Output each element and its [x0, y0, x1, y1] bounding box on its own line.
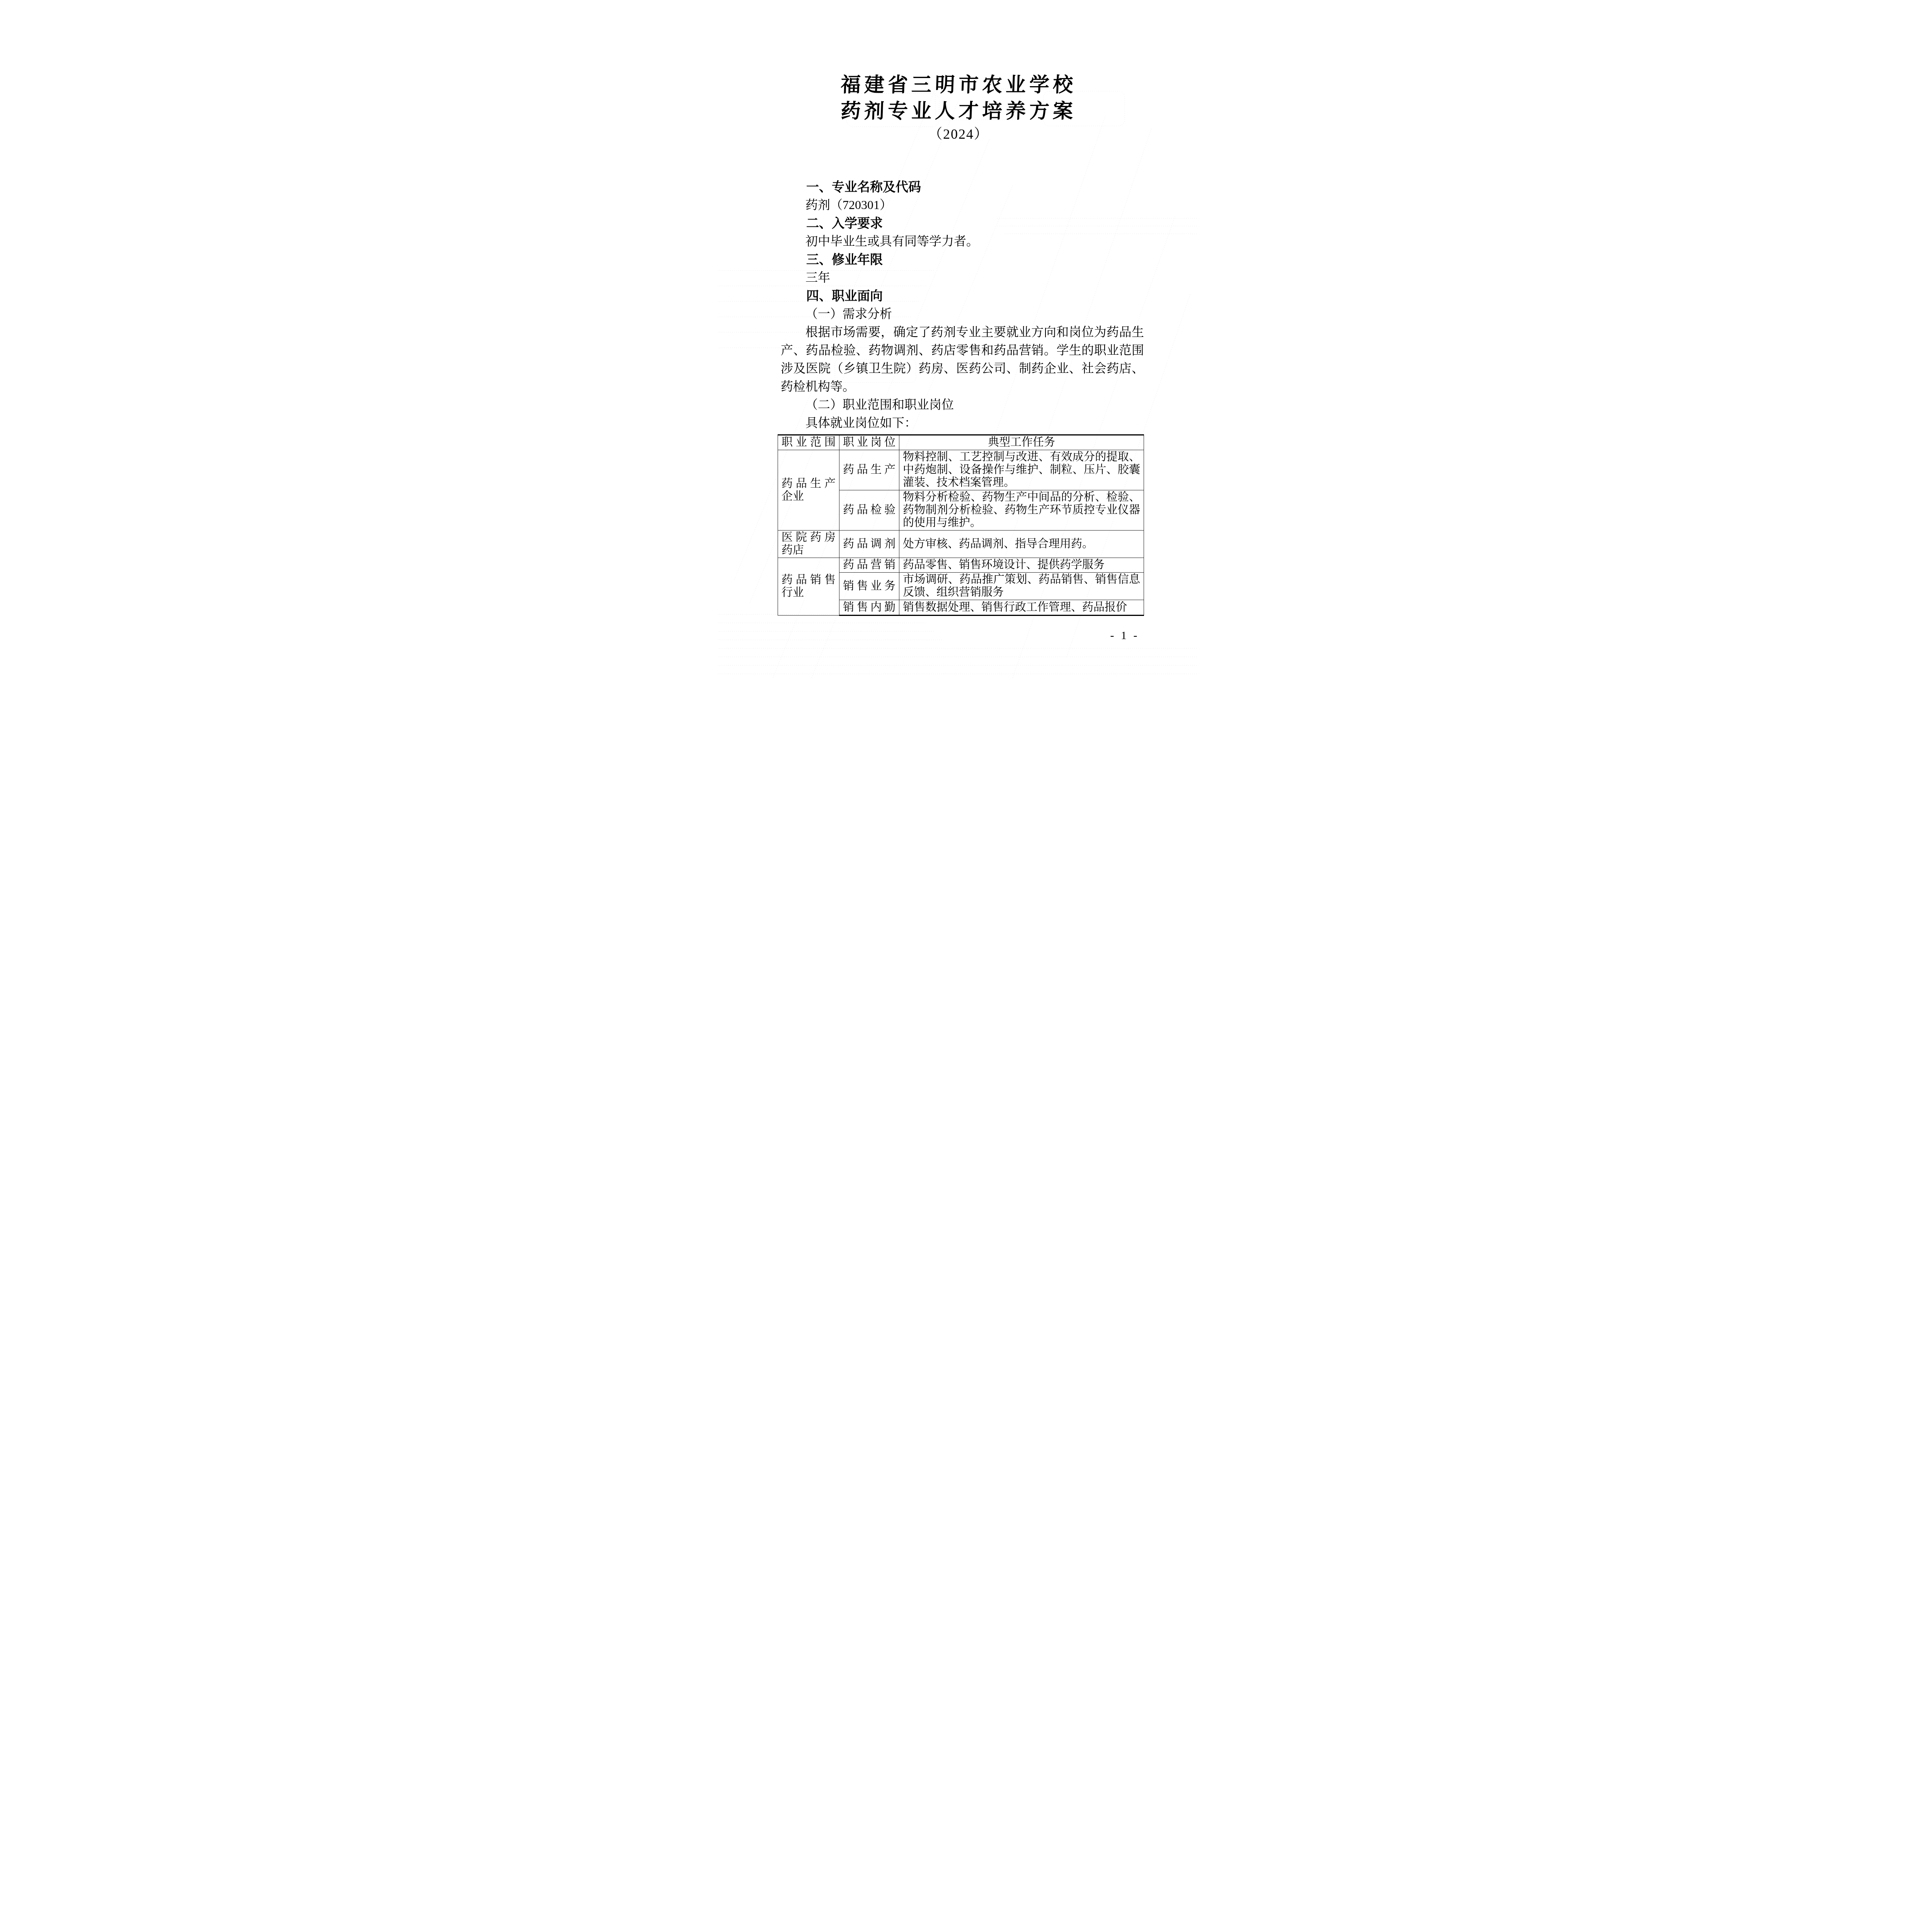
cell-tasks-drug-production: 物料控制、工艺控制与改进、有效成分的提取、中药炮制、设备操作与维护、制粒、压片、…: [899, 450, 1144, 490]
cell-scope-drug-sales-industry: 药品销售行业: [778, 558, 839, 616]
title-year: （2024）: [719, 124, 1198, 144]
cell-tasks-sales-support: 销售数据处理、销售行政工作管理、药品报价: [899, 600, 1144, 616]
text-major-code: 药剂（720301）: [781, 196, 1144, 214]
subheading-demand-analysis: （一）需求分析: [781, 305, 1144, 323]
heading-major-name-code: 一、专业名称及代码: [781, 178, 1144, 196]
col-header-career-scope: 职业范围: [778, 435, 839, 450]
cell-post-drug-production: 药品生产: [839, 450, 899, 490]
document-body: 一、专业名称及代码 药剂（720301） 二、入学要求 初中毕业生或具有同等学力…: [719, 144, 1198, 616]
cell-post-sales-support: 销售内勤: [839, 600, 899, 616]
col-header-typical-tasks: 典型工作任务: [899, 435, 1144, 450]
table-row: 药品销售行业 药品营销 药品零售、销售环境设计、提供药学服务: [778, 558, 1144, 573]
cell-tasks-drug-inspection: 物料分析检验、药物生产中间品的分析、检验、药物制剂分析检验、药物生产环节质控专业…: [899, 490, 1144, 531]
table-row: 药品生产企业 药品生产 物料控制、工艺控制与改进、有效成分的提取、中药炮制、设备…: [778, 450, 1144, 490]
cell-scope-hospital-pharmacy: 医院药房药店: [778, 531, 839, 558]
cell-post-sales-business: 销售业务: [839, 573, 899, 600]
cell-tasks-sales-business: 市场调研、药品推广策划、药品销售、销售信息反馈、组织营销服务: [899, 573, 1144, 600]
cell-scope-production-enterprise: 药品生产企业: [778, 450, 839, 531]
heading-study-duration: 三、修业年限: [781, 250, 1144, 269]
page-number: - 1 -: [1098, 629, 1152, 642]
text-entry-requirement: 初中毕业生或具有同等学力者。: [781, 232, 1144, 250]
cell-tasks-drug-dispensing: 处方审核、药品调剂、指导合理用药。: [899, 531, 1144, 558]
cell-tasks-drug-marketing: 药品零售、销售环境设计、提供药学服务: [899, 558, 1144, 573]
cell-post-drug-marketing: 药品营销: [839, 558, 899, 573]
heading-entry-requirement: 二、入学要求: [781, 214, 1144, 232]
cell-post-drug-dispensing: 药品调剂: [839, 531, 899, 558]
subheading-career-scope-posts: （二）职业范围和职业岗位: [781, 396, 1144, 414]
cell-post-drug-inspection: 药品检验: [839, 490, 899, 531]
title-school-name: 福建省三明市农业学校: [719, 72, 1198, 98]
heading-career-orientation: 四、职业面向: [781, 287, 1144, 305]
text-posts-intro: 具体就业岗位如下：: [781, 414, 1144, 432]
jobs-table: 职业范围 职业岗位 典型工作任务 药品生产企业 药品生产 物料控制、工艺控制与改…: [778, 434, 1144, 616]
paragraph-demand-analysis: 根据市场需要，确定了药剂专业主要就业方向和岗位为药品生产、药品检验、药物调剂、药…: [781, 323, 1144, 396]
table-header-row: 职业范围 职业岗位 典型工作任务: [778, 435, 1144, 450]
table-row: 医院药房药店 药品调剂 处方审核、药品调剂、指导合理用药。: [778, 531, 1144, 558]
document-title: 福建省三明市农业学校 药剂专业人才培养方案 （2024）: [719, 0, 1198, 144]
text-study-duration: 三年: [781, 269, 1144, 287]
document-page: 福建省三明市农业学校 药剂专业人才培养方案 （2024） 一、专业名称及代码 药…: [719, 0, 1198, 678]
title-program-name: 药剂专业人才培养方案: [719, 98, 1198, 124]
col-header-career-post: 职业岗位: [839, 435, 899, 450]
